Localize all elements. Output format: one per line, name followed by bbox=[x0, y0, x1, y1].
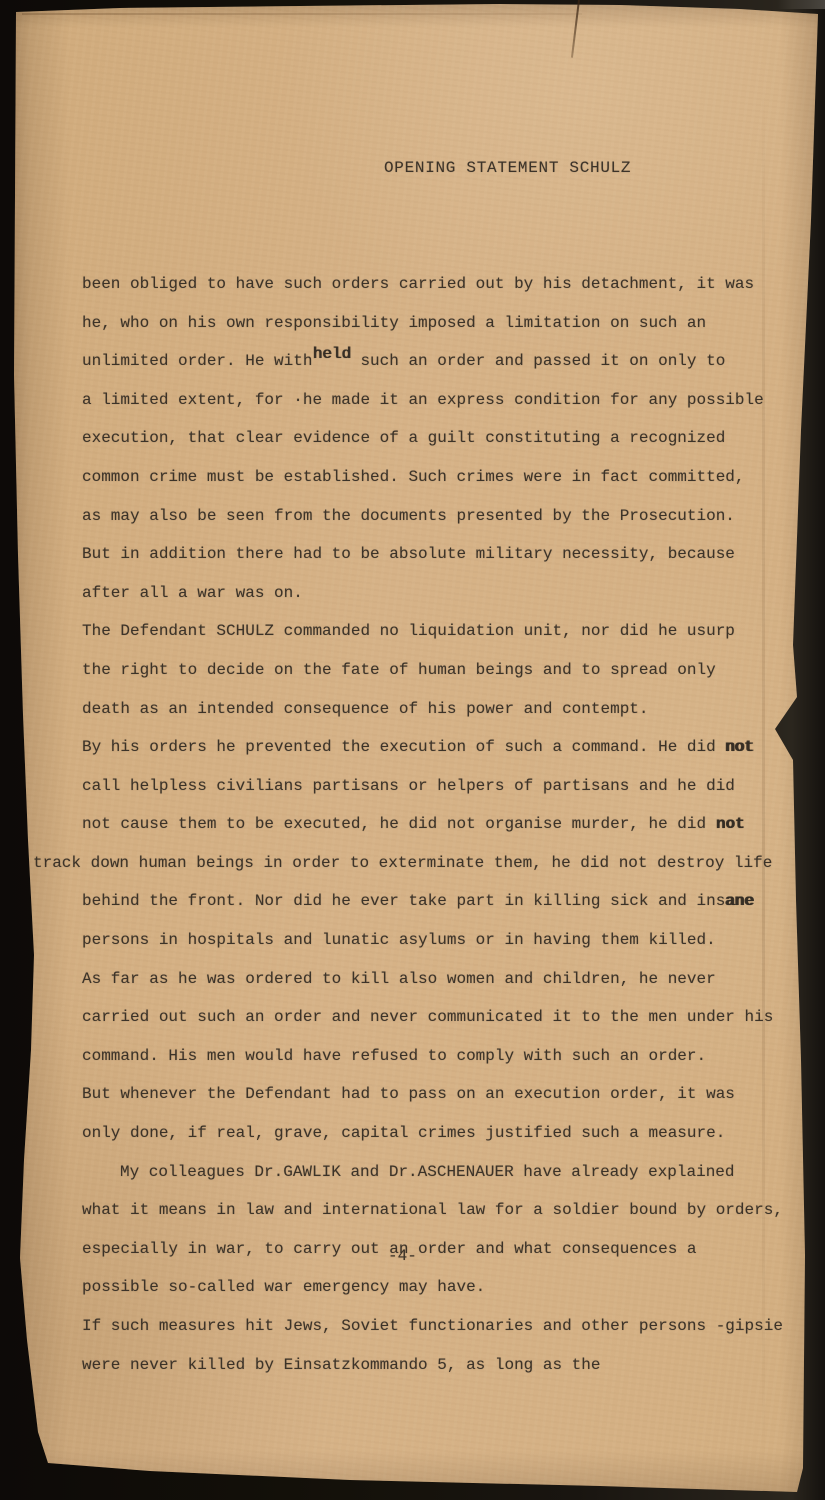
text-segment: death as an intended consequence of his … bbox=[82, 700, 649, 718]
text-line: common crime must be established. Such c… bbox=[82, 458, 794, 497]
text-line: command. His men would have refused to c… bbox=[82, 1037, 794, 1076]
text-line: As far as he was ordered to kill also wo… bbox=[82, 960, 794, 999]
text-line: My colleagues Dr.GAWLIK and Dr.ASCHENAUE… bbox=[82, 1153, 794, 1192]
text-segment: My colleagues Dr.GAWLIK and Dr.ASCHENAUE… bbox=[120, 1163, 735, 1181]
text-segment: If such measures hit Jews, Soviet functi… bbox=[82, 1317, 783, 1335]
text-segment: By his orders he prevented the execution… bbox=[82, 738, 725, 756]
text-segment: As far as he was ordered to kill also wo… bbox=[82, 970, 716, 988]
text-line: unlimited order. He withheld such an ord… bbox=[82, 342, 794, 381]
text-segment: But whenever the Defendant had to pass o… bbox=[82, 1085, 735, 1103]
scan-background: OPENING STATEMENT SCHULZ been obliged to… bbox=[0, 0, 825, 1500]
text-line: carried out such an order and never comm… bbox=[82, 998, 794, 1037]
page-title: OPENING STATEMENT SCHULZ bbox=[82, 149, 794, 188]
text-segment: execution, that clear evidence of a guil… bbox=[82, 429, 725, 447]
text-segment: what it means in law and international l… bbox=[82, 1201, 783, 1219]
page-number: -4- bbox=[82, 1237, 825, 1276]
text-segment: But in addition there had to be absolute… bbox=[82, 545, 735, 563]
text-line: By his orders he prevented the execution… bbox=[82, 728, 794, 767]
text-segment: possible so-called war emergency may hav… bbox=[82, 1278, 485, 1296]
text-line: were never killed by Einsatzkommando 5, … bbox=[82, 1346, 794, 1385]
text-line: If such measures hit Jews, Soviet functi… bbox=[82, 1307, 794, 1346]
text-segment: after all a war was on. bbox=[82, 584, 303, 602]
text-segment: The Defendant SCHULZ commanded no liquid… bbox=[82, 622, 735, 640]
text-line: death as an intended consequence of his … bbox=[82, 690, 794, 729]
text-line: call helpless civilians partisans or hel… bbox=[82, 767, 794, 806]
text-line: the right to decide on the fate of human… bbox=[82, 651, 794, 690]
text-segment: call helpless civilians partisans or hel… bbox=[82, 777, 735, 795]
text-segment: he, who on his own responsibility impose… bbox=[82, 314, 706, 332]
text-segment: persons in hospitals and lunatic asylums… bbox=[82, 931, 716, 949]
text-segment: behind the front. Nor did he ever take p… bbox=[82, 892, 725, 910]
text-segment: a limited extent, for ·he made it an exp… bbox=[82, 391, 764, 409]
text-segment: been obliged to have such orders carried… bbox=[82, 275, 754, 293]
text-line: after all a war was on. bbox=[82, 574, 794, 613]
document-page: OPENING STATEMENT SCHULZ been obliged to… bbox=[0, 0, 825, 1500]
text-line: But in addition there had to be absolute… bbox=[82, 535, 794, 574]
body-lines: been obliged to have such orders carried… bbox=[82, 265, 794, 1384]
text-line: been obliged to have such orders carried… bbox=[82, 265, 794, 304]
text-segment: were never killed by Einsatzkommando 5, … bbox=[82, 1356, 600, 1374]
overtyped-text: held bbox=[312, 345, 350, 363]
overtyped-text: not bbox=[725, 738, 754, 756]
text-line: a limited extent, for ·he made it an exp… bbox=[82, 381, 794, 420]
text-segment: as may also be seen from the documents p… bbox=[82, 507, 735, 525]
text-segment: carried out such an order and never comm… bbox=[82, 1008, 773, 1026]
text-line: not cause them to be executed, he did no… bbox=[82, 805, 794, 844]
text-segment: the right to decide on the fate of human… bbox=[82, 661, 716, 679]
text-line: behind the front. Nor did he ever take p… bbox=[82, 882, 794, 921]
text-segment: unlimited order. He with bbox=[82, 352, 312, 370]
text-segment: common crime must be established. Such c… bbox=[82, 468, 745, 486]
text-line: But whenever the Defendant had to pass o… bbox=[82, 1075, 794, 1114]
text-segment: track down human beings in order to exte… bbox=[33, 854, 772, 872]
text-line: what it means in law and international l… bbox=[82, 1191, 794, 1230]
paper-top-crease bbox=[22, 13, 582, 15]
text-line: as may also be seen from the documents p… bbox=[82, 497, 794, 536]
overtyped-text: ane bbox=[725, 892, 754, 910]
text-line: track down human beings in order to exte… bbox=[33, 844, 794, 883]
text-line: he, who on his own responsibility impose… bbox=[82, 304, 794, 343]
text-line: The Defendant SCHULZ commanded no liquid… bbox=[82, 612, 794, 651]
text-segment: such an order and passed it on only to bbox=[351, 352, 725, 370]
scan-corner-artifact bbox=[777, 0, 825, 9]
text-line: persons in hospitals and lunatic asylums… bbox=[82, 921, 794, 960]
text-segment: not cause them to be executed, he did no… bbox=[82, 815, 716, 833]
text-line: execution, that clear evidence of a guil… bbox=[82, 419, 794, 458]
overtyped-text: not bbox=[716, 815, 745, 833]
text-line: only done, if real, grave, capital crime… bbox=[82, 1114, 794, 1153]
text-segment: only done, if real, grave, capital crime… bbox=[82, 1124, 725, 1142]
text-segment: command. His men would have refused to c… bbox=[82, 1047, 706, 1065]
